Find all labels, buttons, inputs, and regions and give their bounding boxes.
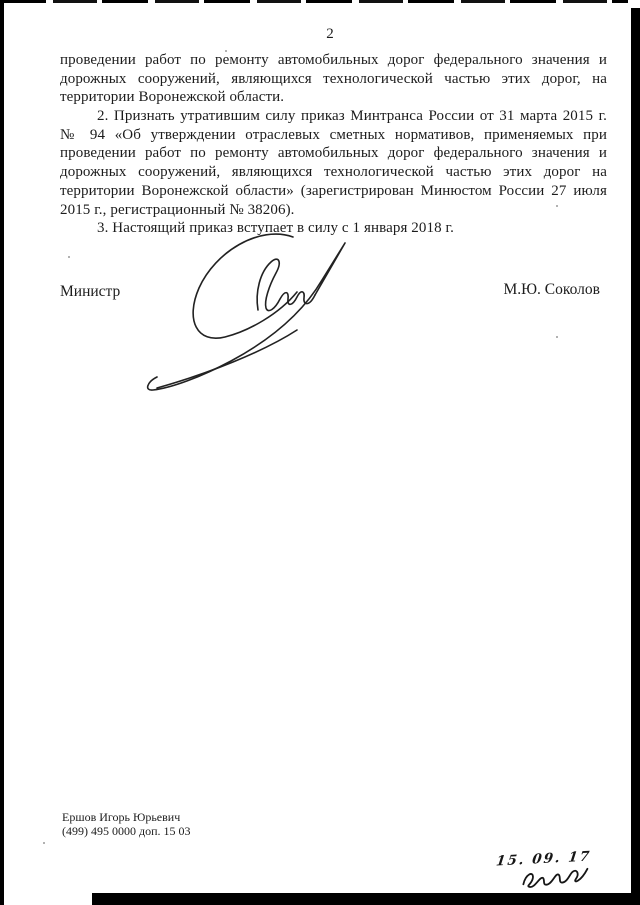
scan-edge-top <box>0 0 628 3</box>
scanned-document-page: 2 проведении работ по ремонту автомобиль… <box>0 0 640 905</box>
scan-speck <box>43 842 45 844</box>
scan-edge-left <box>0 0 4 905</box>
body-line: проведении работ по ремонту автомобильны… <box>60 51 607 70</box>
footer-contact: Ершов Игорь Юрьевич (499) 495 0000 доп. … <box>62 810 191 838</box>
document-body: проведении работ по ремонту автомобильны… <box>60 51 607 238</box>
body-line: № 94 «Об утверждении отраслевых сметных … <box>60 126 607 145</box>
body-line: дорожных сооружений, являющихся технолог… <box>60 70 607 89</box>
handwritten-initials <box>519 865 592 892</box>
body-line: 2. Признать утратившим силу приказ Минтр… <box>60 107 607 126</box>
body-line: территории Воронежской области. <box>60 88 607 107</box>
contact-phone: (499) 495 0000 доп. 15 03 <box>62 824 191 838</box>
signatory-title: Министр <box>60 283 120 301</box>
contact-name: Ершов Игорь Юрьевич <box>62 810 191 824</box>
body-line: территории Воронежской области» (зарегис… <box>60 182 607 201</box>
scan-edge-right <box>631 8 640 905</box>
body-line: проведении работ по ремонту автомобильны… <box>60 144 607 163</box>
page-number: 2 <box>300 26 360 43</box>
minister-signature <box>127 226 362 396</box>
body-line: 2015 г., регистрационный № 38206). <box>60 201 607 220</box>
scan-edge-bottom <box>92 893 640 905</box>
scan-speck <box>556 336 558 338</box>
signatory-name: М.Ю. Соколов <box>503 281 600 299</box>
scan-speck <box>68 256 70 258</box>
body-line: дорожных сооружений, являющихся технолог… <box>60 163 607 182</box>
